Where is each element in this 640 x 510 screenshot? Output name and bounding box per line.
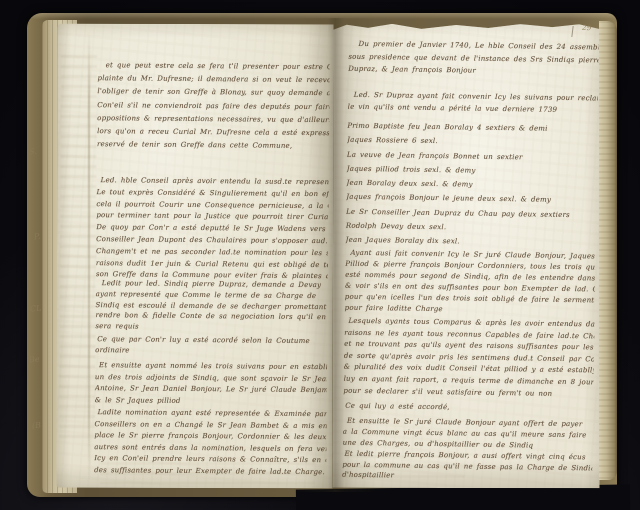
margin-mark: S.: [29, 148, 37, 156]
handwriting-line: ordinaire: [95, 345, 327, 358]
manuscript-paragraph: Ayant ausi fait convenir Icy le Sr juré …: [345, 248, 596, 318]
manuscript-paragraph: Du premier de Janvier 1740, Le hble Cons…: [348, 38, 599, 79]
ink-show-through: [345, 455, 465, 481]
manuscript-paragraph: Et ensuitte ayant nommé les trois suivan…: [95, 360, 327, 408]
ink-show-through: [100, 462, 315, 484]
manuscript-paragraph: Ce que par Con'r luy a esté acordé selon…: [95, 334, 327, 358]
handwriting-line: Ce que par Con'r luy a esté acordé selon…: [95, 334, 327, 347]
ink-show-through: [59, 55, 97, 445]
left-page-text: et que peut estre cela se fera t'il pres…: [56, 24, 333, 489]
manuscript-paragraph: Led. hble Conseil après avoir entendu la…: [96, 175, 329, 283]
page-crease: [88, 30, 90, 482]
margin-mark: Be: [29, 355, 40, 363]
margin-mark: CL: [30, 304, 42, 312]
manuscript-paragraph: Et ensuitte le Sr juré Claude Bonjour ay…: [343, 416, 593, 453]
manuscript-paragraph: Led. Sr Dupraz ayant fait convenir Icy l…: [348, 89, 598, 117]
photograph-of-manuscript: { "page_number": "29", "colors": { "back…: [0, 0, 640, 510]
left-page: et que peut estre cela se fera t'il pres…: [56, 24, 333, 489]
manuscript-paragraph: Lesquels ayants tous Comparus & après le…: [343, 316, 594, 401]
right-page-text: Du premier de Janvier 1740, Le hble Cons…: [333, 21, 601, 488]
handwriting-line: sera requis: [95, 321, 327, 334]
margin-mark: (B: [32, 422, 42, 430]
handwriting-line: reservé de tenir son Greffe dans cette C…: [97, 138, 329, 153]
manuscript-paragraph: Primo Baptiste feu Jean Boralay 4 sextie…: [346, 119, 598, 251]
shadow-mask: [296, 484, 630, 510]
margin-mark: P.: [34, 233, 41, 241]
manuscript-paragraph: Ce qui luy a esté accordé,: [343, 401, 593, 416]
manuscript-paragraph: et que peut estre cela se fera t'il pres…: [97, 59, 330, 153]
right-page: Du premier de Janvier 1740, Le hble Cons…: [333, 21, 601, 488]
manuscript-paragraph: Ledit pour led. Sindiq pierre Dupraz, de…: [95, 278, 327, 334]
right-leaf-edges: [599, 21, 617, 480]
handwriting-line: Ce qui luy a esté accordé,: [343, 401, 593, 416]
folio-number: 29: [582, 23, 592, 33]
